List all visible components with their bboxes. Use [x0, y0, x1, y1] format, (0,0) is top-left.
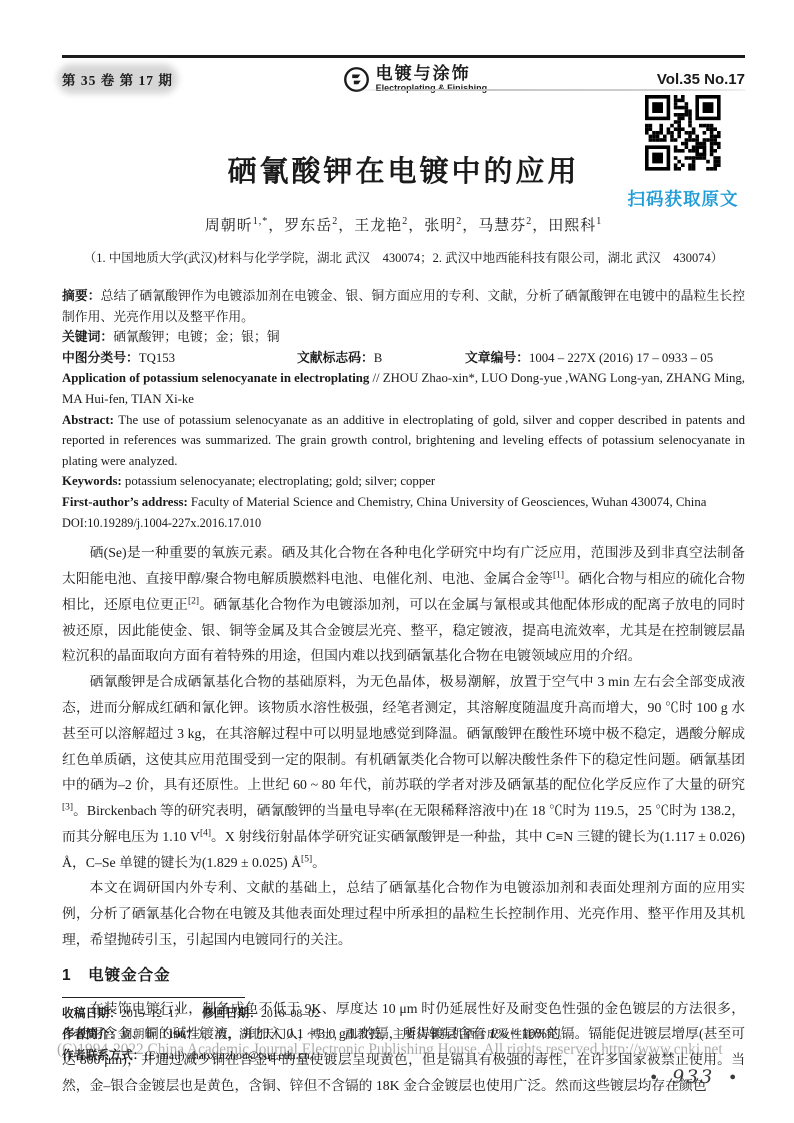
- english-title-line: Application of potassium selenocyanate i…: [62, 368, 745, 409]
- keywords-text-cn: 硒氰酸钾；电镀；金；银；铜: [113, 330, 279, 344]
- section-1-heading: 1 电镀金合金: [62, 963, 745, 989]
- journal-page: 第 35 卷 第 17 期 电镀与涂饰 Electroplating & Fin…: [0, 0, 794, 1123]
- meta-block: 摘要：总结了硒氰酸钾作为电镀添加剂在电镀金、银、铜方面应用的专利、文献，分析了硒…: [62, 286, 745, 533]
- qr-block: 扫码获取原文: [622, 94, 744, 211]
- watermark-text: (C)1994-2022 China Academic Journal Elec…: [57, 1041, 601, 1059]
- keywords-label-cn: 关键词：: [62, 329, 113, 344]
- english-keywords-text: potassium selenocyanate; electroplating;…: [125, 474, 435, 488]
- doc-code-cell: 文献标志码：B: [297, 348, 465, 369]
- page-number: ● 933 ●: [650, 1066, 736, 1088]
- revised-date: 2016–08–02: [261, 1006, 320, 1020]
- cnki-watermark: (C)1994-2022 China Academic Journal Elec…: [57, 1041, 691, 1059]
- article-id-label: 文章编号：: [465, 350, 529, 365]
- bio-label: 作者简介：: [62, 1027, 121, 1041]
- logo-underline-swoosh: [352, 89, 745, 91]
- journal-name-cn: 电镀与涂饰: [376, 65, 488, 82]
- received-date: 2015–12–17: [121, 1006, 180, 1020]
- qr-code: [644, 94, 722, 177]
- abstract-label-cn: 摘要：: [62, 288, 101, 303]
- page-number-dot-left: ●: [650, 1071, 657, 1083]
- keywords-cn: 关键词：硒氰酸钾；电镀；金；银；铜: [62, 327, 745, 348]
- body-paragraph: 硒(Se)是一种重要的氧族元素。硒及其化合物在各种电化学研究中均有广泛应用，范围…: [62, 540, 745, 669]
- issue-number-en: Vol.35 No.17: [657, 71, 745, 88]
- page-number-dot-right: ●: [729, 1071, 736, 1083]
- english-keywords: Keywords: potassium selenocyanate; elect…: [62, 471, 745, 492]
- article-id-value: 1004 – 227X (2016) 17 – 0933 – 05: [529, 351, 713, 365]
- english-title: Application of potassium selenocyanate i…: [62, 371, 369, 385]
- english-abstract: Abstract: The use of potassium selenocya…: [62, 410, 745, 472]
- affiliation-line: （1. 中国地质大学(武汉)材料与化学学院，湖北 武汉 430074；2. 武汉…: [62, 248, 745, 266]
- clc-cell: 中图分类号：TQ153: [62, 348, 297, 369]
- doc-code-label: 文献标志码：: [297, 350, 374, 365]
- body-paragraph: 硒氰酸钾是合成硒氰基化合物的基础原料，为无色晶体，极易潮解，放置于空气中 3 m…: [62, 669, 745, 875]
- received-label: 收稿日期：: [62, 1006, 121, 1020]
- abstract-cn: 摘要：总结了硒氰酸钾作为电镀添加剂在电镀金、银、铜方面应用的专利、文献，分析了硒…: [62, 286, 745, 327]
- watermark-url: http://www.cnki.net: [601, 1041, 722, 1059]
- english-abstract-label: Abstract:: [62, 413, 118, 427]
- clc-label: 中图分类号：: [62, 350, 139, 365]
- revised-label: 修回日期：: [202, 1006, 261, 1020]
- page-number-value: 933: [672, 1066, 714, 1088]
- bio-text: 周朝昕（1967–），男，湖北天门人，博士，副教授，主要从事有机硒合成及性能研究…: [121, 1027, 569, 1041]
- address-label: First-author’s address:: [62, 495, 191, 509]
- qr-caption: 扫码获取原文: [622, 186, 744, 211]
- issue-number-cn: 第 35 卷 第 17 期: [62, 69, 173, 89]
- doi-line: DOI:10.19289/j.1004-227x.2016.17.010: [62, 513, 745, 534]
- clc-value: TQ153: [139, 351, 175, 365]
- author-list: 周朝昕1,*，罗东岳2，王龙艳2，张明2，马慧芬2，田熙科1: [62, 214, 745, 235]
- body-paragraph: 本文在调研国内外专利、文献的基础上，总结了硒氰基化合物作为电镀添加剂和表面处理剂…: [62, 875, 745, 952]
- doc-code-value: B: [374, 351, 383, 365]
- abstract-text-cn: 总结了硒氰酸钾作为电镀添加剂在电镀金、银、铜方面应用的专利、文献，分析了硒氰酸钾…: [62, 289, 745, 324]
- english-keywords-label: Keywords:: [62, 474, 125, 488]
- first-author-address: First-author’s address: Faculty of Mater…: [62, 492, 745, 513]
- article-id-cell: 文章编号：1004 – 227X (2016) 17 – 0933 – 05: [465, 348, 713, 369]
- english-abstract-text: The use of potassium selenocyanate as an…: [62, 413, 745, 468]
- address-text: Faculty of Material Science and Chemistr…: [191, 495, 707, 509]
- footnote-dates: 收稿日期：2015–12–17修回日期：2016–08–02: [62, 1003, 745, 1024]
- footnote-divider: [62, 997, 245, 998]
- classification-row: 中图分类号：TQ153 文献标志码：B 文章编号：1004 – 227X (20…: [62, 348, 745, 369]
